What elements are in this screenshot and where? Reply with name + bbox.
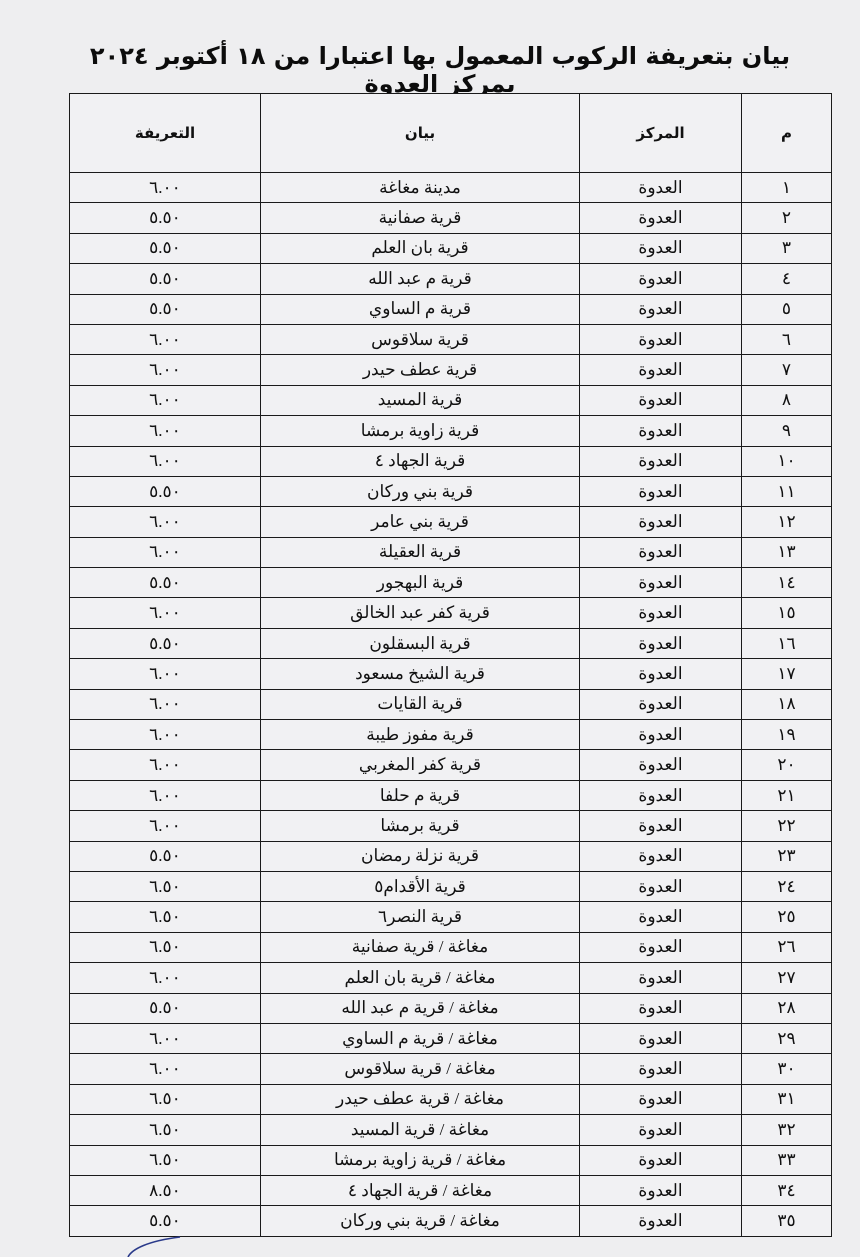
row-fare: ٦.٠٠ xyxy=(70,446,261,476)
table-row: ٢٨العدوةمغاغة / قرية م عبد الله٥.٥٠ xyxy=(70,993,832,1023)
row-center: العدوة xyxy=(580,416,742,446)
table-row: ٩العدوةقرية زاوية برمشا٦.٠٠ xyxy=(70,416,832,446)
row-description: مغاغة / قرية صفانية xyxy=(261,932,580,962)
row-center: العدوة xyxy=(580,537,742,567)
row-description: قرية م حلفا xyxy=(261,780,580,810)
row-center: العدوة xyxy=(580,750,742,780)
row-description: قرية العقيلة xyxy=(261,537,580,567)
row-num: ٢٩ xyxy=(742,1023,832,1053)
row-fare: ٦.٠٠ xyxy=(70,173,261,203)
row-num: ٣١ xyxy=(742,1084,832,1114)
row-center: العدوة xyxy=(580,871,742,901)
row-description: مغاغة / قرية زاوية برمشا xyxy=(261,1145,580,1175)
row-center: العدوة xyxy=(580,932,742,962)
header-fare: التعريفة xyxy=(70,94,261,173)
row-fare: ٦.٠٠ xyxy=(70,355,261,385)
row-fare: ٦.٥٠ xyxy=(70,902,261,932)
row-num: ٢٢ xyxy=(742,811,832,841)
table-row: ١٨العدوةقرية القايات٦.٠٠ xyxy=(70,689,832,719)
row-num: ٢١ xyxy=(742,780,832,810)
row-num: ١٦ xyxy=(742,628,832,658)
row-num: ٢٧ xyxy=(742,963,832,993)
row-fare: ٥.٥٠ xyxy=(70,233,261,263)
row-fare: ٦.٠٠ xyxy=(70,750,261,780)
row-fare: ٥.٥٠ xyxy=(70,628,261,658)
row-description: قرية الأقدام٥ xyxy=(261,871,580,901)
table-row: ٤العدوةقرية م عبد الله٥.٥٠ xyxy=(70,264,832,294)
table-row: ٢٦العدوةمغاغة / قرية صفانية٦.٥٠ xyxy=(70,932,832,962)
row-center: العدوة xyxy=(580,1206,742,1236)
row-num: ١٧ xyxy=(742,659,832,689)
row-fare: ٦.٠٠ xyxy=(70,385,261,415)
table-row: ٣٠العدوةمغاغة / قرية سلاقوس٦.٠٠ xyxy=(70,1054,832,1084)
row-fare: ٥.٥٠ xyxy=(70,476,261,506)
row-fare: ٥.٥٠ xyxy=(70,993,261,1023)
row-fare: ٦.٥٠ xyxy=(70,1084,261,1114)
row-fare: ٦.٠٠ xyxy=(70,811,261,841)
row-num: ٢٨ xyxy=(742,993,832,1023)
table-row: ٢٢العدوةقرية برمشا٦.٠٠ xyxy=(70,811,832,841)
table-row: ٣العدوةقرية بان العلم٥.٥٠ xyxy=(70,233,832,263)
row-description: مغاغة / قرية بان العلم xyxy=(261,963,580,993)
row-center: العدوة xyxy=(580,811,742,841)
header-num: م xyxy=(742,94,832,173)
document-title: بيان بتعريفة الركوب المعمول بها اعتبارا … xyxy=(60,42,820,98)
row-center: العدوة xyxy=(580,446,742,476)
row-num: ٢ xyxy=(742,203,832,233)
row-fare: ٦.٥٠ xyxy=(70,1145,261,1175)
table-row: ١٢العدوةقرية بني عامر٦.٠٠ xyxy=(70,507,832,537)
row-description: قرية البهجور xyxy=(261,568,580,598)
row-center: العدوة xyxy=(580,780,742,810)
table-row: ٢العدوةقرية صفانية٥.٥٠ xyxy=(70,203,832,233)
row-description: قرية الجهاد ٤ xyxy=(261,446,580,476)
row-center: العدوة xyxy=(580,902,742,932)
row-num: ٢٤ xyxy=(742,871,832,901)
row-num: ٥ xyxy=(742,294,832,324)
row-description: قرية عطف حيدر xyxy=(261,355,580,385)
table-row: ٥العدوةقرية م الساوي٥.٥٠ xyxy=(70,294,832,324)
row-description: قرية كفر المغربي xyxy=(261,750,580,780)
table-row: ٢٠العدوةقرية كفر المغربي٦.٠٠ xyxy=(70,750,832,780)
row-fare: ٥.٥٠ xyxy=(70,294,261,324)
row-fare: ٦.٠٠ xyxy=(70,659,261,689)
table-row: ٣٤العدوةمغاغة / قرية الجهاد ٤٨.٥٠ xyxy=(70,1175,832,1205)
row-num: ١٨ xyxy=(742,689,832,719)
row-description: قرية صفانية xyxy=(261,203,580,233)
table-row: ٨العدوةقرية المسيد٦.٠٠ xyxy=(70,385,832,415)
row-description: مغاغة / قرية الجهاد ٤ xyxy=(261,1175,580,1205)
row-center: العدوة xyxy=(580,1145,742,1175)
row-center: العدوة xyxy=(580,1175,742,1205)
row-center: العدوة xyxy=(580,720,742,750)
row-description: مغاغة / قرية م الساوي xyxy=(261,1023,580,1053)
row-num: ١٣ xyxy=(742,537,832,567)
row-description: قرية مفوز طيبة xyxy=(261,720,580,750)
row-num: ٤ xyxy=(742,264,832,294)
row-description: قرية م عبد الله xyxy=(261,264,580,294)
table-row: ١٦العدوةقرية البسقلون٥.٥٠ xyxy=(70,628,832,658)
row-num: ١٥ xyxy=(742,598,832,628)
row-fare: ٦.٠٠ xyxy=(70,1023,261,1053)
table-row: ١٧العدوةقرية الشيخ مسعود٦.٠٠ xyxy=(70,659,832,689)
row-num: ٣ xyxy=(742,233,832,263)
row-center: العدوة xyxy=(580,963,742,993)
table-row: ٢٣العدوةقرية نزلة رمضان٥.٥٠ xyxy=(70,841,832,871)
row-num: ١٢ xyxy=(742,507,832,537)
row-fare: ٦.٠٠ xyxy=(70,537,261,567)
row-fare: ٥.٥٠ xyxy=(70,568,261,598)
table-row: ٢٩العدوةمغاغة / قرية م الساوي٦.٠٠ xyxy=(70,1023,832,1053)
row-description: قرية بان العلم xyxy=(261,233,580,263)
row-fare: ٦.٥٠ xyxy=(70,932,261,962)
row-fare: ٥.٥٠ xyxy=(70,203,261,233)
row-fare: ٦.٠٠ xyxy=(70,963,261,993)
table-row: ٣٥العدوةمغاغة / قرية بني وركان٥.٥٠ xyxy=(70,1206,832,1236)
table-row: ٢١العدوةقرية م حلفا٦.٠٠ xyxy=(70,780,832,810)
row-center: العدوة xyxy=(580,1023,742,1053)
row-num: ٣٥ xyxy=(742,1206,832,1236)
row-center: العدوة xyxy=(580,1054,742,1084)
row-description: مغاغة / قرية المسيد xyxy=(261,1115,580,1145)
row-center: العدوة xyxy=(580,324,742,354)
row-center: العدوة xyxy=(580,203,742,233)
row-description: مدينة مغاغة xyxy=(261,173,580,203)
row-num: ٦ xyxy=(742,324,832,354)
row-fare: ٨.٥٠ xyxy=(70,1175,261,1205)
table-row: ٢٧العدوةمغاغة / قرية بان العلم٦.٠٠ xyxy=(70,963,832,993)
row-fare: ٦.٠٠ xyxy=(70,689,261,719)
row-description: مغاغة / قرية عطف حيدر xyxy=(261,1084,580,1114)
row-num: ١١ xyxy=(742,476,832,506)
signature-mark xyxy=(118,1235,208,1257)
table-row: ٢٥العدوةقرية النصر٦٦.٥٠ xyxy=(70,902,832,932)
table-row: ١٥العدوةقرية كفر عبد الخالق٦.٠٠ xyxy=(70,598,832,628)
row-description: مغاغة / قرية م عبد الله xyxy=(261,993,580,1023)
row-center: العدوة xyxy=(580,568,742,598)
row-center: العدوة xyxy=(580,507,742,537)
row-center: العدوة xyxy=(580,689,742,719)
header-description: بيان xyxy=(261,94,580,173)
table-row: ١العدوةمدينة مغاغة٦.٠٠ xyxy=(70,173,832,203)
row-description: قرية زاوية برمشا xyxy=(261,416,580,446)
row-fare: ٦.٠٠ xyxy=(70,1054,261,1084)
row-num: ١٠ xyxy=(742,446,832,476)
row-center: العدوة xyxy=(580,1115,742,1145)
table-row: ١٤العدوةقرية البهجور٥.٥٠ xyxy=(70,568,832,598)
table-header-row: م المركز بيان التعريفة xyxy=(70,94,832,173)
table-row: ١٠العدوةقرية الجهاد ٤٦.٠٠ xyxy=(70,446,832,476)
table-row: ٢٤العدوةقرية الأقدام٥٦.٥٠ xyxy=(70,871,832,901)
table-row: ٦العدوةقرية سلاقوس٦.٠٠ xyxy=(70,324,832,354)
row-fare: ٦.٥٠ xyxy=(70,1115,261,1145)
row-num: ٢٦ xyxy=(742,932,832,962)
row-description: قرية سلاقوس xyxy=(261,324,580,354)
row-description: قرية بني عامر xyxy=(261,507,580,537)
row-num: ١ xyxy=(742,173,832,203)
row-num: ٩ xyxy=(742,416,832,446)
row-fare: ٦.٠٠ xyxy=(70,720,261,750)
row-num: ٣٢ xyxy=(742,1115,832,1145)
row-description: مغاغة / قرية سلاقوس xyxy=(261,1054,580,1084)
row-fare: ٦.٠٠ xyxy=(70,507,261,537)
row-fare: ٦.٠٠ xyxy=(70,416,261,446)
table-row: ١١العدوةقرية بني وركان٥.٥٠ xyxy=(70,476,832,506)
row-center: العدوة xyxy=(580,841,742,871)
row-center: العدوة xyxy=(580,173,742,203)
row-description: قرية برمشا xyxy=(261,811,580,841)
row-description: قرية م الساوي xyxy=(261,294,580,324)
row-description: قرية الشيخ مسعود xyxy=(261,659,580,689)
fare-table: م المركز بيان التعريفة ١العدوةمدينة مغاغ… xyxy=(69,93,832,1237)
row-num: ١٩ xyxy=(742,720,832,750)
table-row: ٣٢العدوةمغاغة / قرية المسيد٦.٥٠ xyxy=(70,1115,832,1145)
row-center: العدوة xyxy=(580,385,742,415)
row-num: ٨ xyxy=(742,385,832,415)
row-center: العدوة xyxy=(580,233,742,263)
row-description: قرية نزلة رمضان xyxy=(261,841,580,871)
row-fare: ٦.٠٠ xyxy=(70,598,261,628)
row-center: العدوة xyxy=(580,355,742,385)
header-center: المركز xyxy=(580,94,742,173)
row-num: ٢٠ xyxy=(742,750,832,780)
table-row: ٧العدوةقرية عطف حيدر٦.٠٠ xyxy=(70,355,832,385)
row-description: قرية النصر٦ xyxy=(261,902,580,932)
row-fare: ٦.٠٠ xyxy=(70,324,261,354)
row-num: ٢٣ xyxy=(742,841,832,871)
row-fare: ٥.٥٠ xyxy=(70,1206,261,1236)
row-num: ٧ xyxy=(742,355,832,385)
row-fare: ٦.٠٠ xyxy=(70,780,261,810)
row-num: ١٤ xyxy=(742,568,832,598)
table-row: ٣١العدوةمغاغة / قرية عطف حيدر٦.٥٠ xyxy=(70,1084,832,1114)
row-description: قرية البسقلون xyxy=(261,628,580,658)
table-row: ١٩العدوةقرية مفوز طيبة٦.٠٠ xyxy=(70,720,832,750)
row-description: قرية القايات xyxy=(261,689,580,719)
row-num: ٢٥ xyxy=(742,902,832,932)
row-num: ٣٣ xyxy=(742,1145,832,1175)
row-num: ٣٤ xyxy=(742,1175,832,1205)
row-fare: ٥.٥٠ xyxy=(70,841,261,871)
row-description: قرية المسيد xyxy=(261,385,580,415)
row-num: ٣٠ xyxy=(742,1054,832,1084)
row-center: العدوة xyxy=(580,598,742,628)
row-center: العدوة xyxy=(580,294,742,324)
row-center: العدوة xyxy=(580,628,742,658)
row-fare: ٦.٥٠ xyxy=(70,871,261,901)
row-center: العدوة xyxy=(580,659,742,689)
table-row: ١٣العدوةقرية العقيلة٦.٠٠ xyxy=(70,537,832,567)
row-description: قرية بني وركان xyxy=(261,476,580,506)
table-body: ١العدوةمدينة مغاغة٦.٠٠٢العدوةقرية صفانية… xyxy=(70,173,832,1237)
table-row: ٣٣العدوةمغاغة / قرية زاوية برمشا٦.٥٠ xyxy=(70,1145,832,1175)
row-description: قرية كفر عبد الخالق xyxy=(261,598,580,628)
row-fare: ٥.٥٠ xyxy=(70,264,261,294)
row-center: العدوة xyxy=(580,476,742,506)
row-center: العدوة xyxy=(580,264,742,294)
row-center: العدوة xyxy=(580,1084,742,1114)
row-center: العدوة xyxy=(580,993,742,1023)
row-description: مغاغة / قرية بني وركان xyxy=(261,1206,580,1236)
